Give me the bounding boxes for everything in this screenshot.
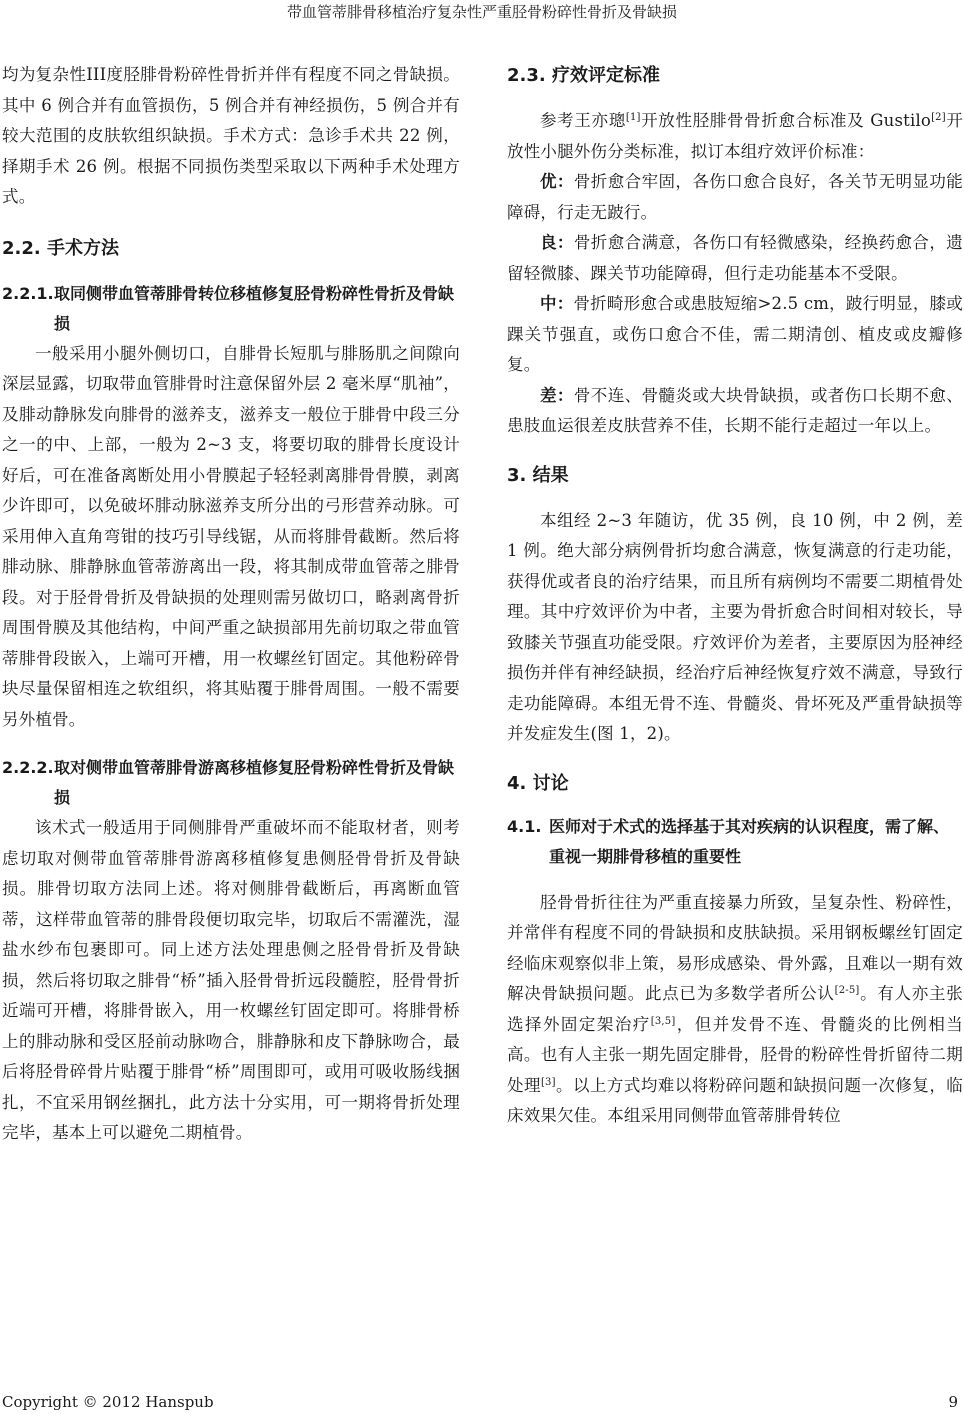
section-heading-4: 4. 讨论 (507, 772, 963, 796)
citation[interactable]: [3] (541, 1077, 556, 1088)
criterion-poor: 差：骨不连、骨髓炎或大块骨缺损，或者伤口长期不愈、患肢血运很差皮肤营养不佳，长期… (507, 381, 963, 442)
section-number: 2.2. (2, 238, 41, 259)
section-number: 4. (507, 773, 526, 794)
section-number: 2.2.2. (2, 753, 54, 813)
criterion-text: 骨折畸形愈合或患肢短缩>2.5 cm，跛行明显，膝或踝关节强直，或伤口愈合不佳，… (507, 294, 963, 374)
section-title: 讨论 (533, 773, 569, 794)
right-column: 2.3. 疗效评定标准 参考王亦璁[1]开放性胫腓骨骨折愈合标准及 Gustil… (507, 60, 963, 1132)
section-number: 2.2.1. (2, 279, 54, 339)
paragraph-2-3-intro: 参考王亦璁[1]开放性胫腓骨骨折愈合标准及 Gustilo[2]开放性小腿外伤分… (507, 106, 963, 167)
criterion-label: 差： (540, 386, 574, 405)
paragraph-2-2-2: 该术式一般适用于同侧腓骨严重破坏而不能取材者，则考虑切取对侧带血管蒂腓骨游离移植… (2, 813, 460, 1149)
paragraph-2-2-1: 一般采用小腿外侧切口，自腓骨长短肌与腓肠肌之间隙向深层显露，切取带血管腓骨时注意… (2, 339, 460, 736)
section-heading-2-2-2: 2.2.2. 取对侧带血管蒂腓骨游离移植修复胫骨粉碎性骨折及骨缺损 (2, 753, 460, 813)
section-title: 医师对于术式的选择基于其对疾病的认识程度，需了解、重视一期腓骨移植的重要性 (549, 812, 963, 872)
section-title: 结果 (533, 465, 569, 486)
criterion-label: 优： (540, 172, 574, 191)
criterion-excellent: 优：骨折愈合牢固，各伤口愈合良好，各关节无明显功能障碍，行走无跛行。 (507, 167, 963, 228)
criterion-text: 骨不连、骨髓炎或大块骨缺损，或者伤口长期不愈、患肢血运很差皮肤营养不佳，长期不能… (507, 386, 963, 436)
section-heading-2-2-1: 2.2.1. 取同侧带血管蒂腓骨转位移植修复胫骨粉碎性骨折及骨缺损 (2, 279, 460, 339)
citation[interactable]: [2-5] (835, 985, 860, 996)
section-title: 取同侧带血管蒂腓骨转位移植修复胫骨粉碎性骨折及骨缺损 (54, 279, 460, 339)
criterion-text: 骨折愈合满意，各伤口有轻微感染，经换药愈合，遗留轻微膝、踝关节功能障碍，但行走功… (507, 233, 963, 283)
section-title: 手术方法 (47, 238, 119, 259)
criterion-label: 中： (540, 294, 573, 313)
citation[interactable]: [3,5] (651, 1016, 676, 1027)
section-heading-2-2: 2.2. 手术方法 (2, 237, 460, 261)
text: 开放性胫腓骨骨折愈合标准及 Gustilo (641, 111, 931, 130)
section-heading-3: 3. 结果 (507, 464, 963, 488)
page-number: 9 (948, 1392, 958, 1412)
criterion-label: 良： (540, 233, 574, 252)
intro-paragraph: 均为复杂性III度胫腓骨粉碎性骨折并伴有程度不同之骨缺损。其中 6 例合并有血管… (2, 60, 460, 213)
section-title: 疗效评定标准 (552, 65, 660, 86)
citation[interactable]: [2] (931, 112, 946, 123)
criterion-text: 骨折愈合牢固，各伤口愈合良好，各关节无明显功能障碍，行走无跛行。 (507, 172, 963, 222)
text: 参考王亦璁 (540, 111, 626, 130)
text: 。以上方式均难以将粉碎问题和缺损问题一次修复，临床效果欠佳。本组采用同侧带血管蒂… (507, 1076, 963, 1126)
left-column: 均为复杂性III度胫腓骨粉碎性骨折并伴有程度不同之骨缺损。其中 6 例合并有血管… (2, 60, 460, 1149)
criterion-good: 良：骨折愈合满意，各伤口有轻微感染，经换药愈合，遗留轻微膝、踝关节功能障碍，但行… (507, 228, 963, 289)
section-number: 4.1. (507, 812, 549, 872)
section-number: 2.3. (507, 65, 546, 86)
copyright-footer: Copyright © 2012 Hanspub (2, 1392, 214, 1412)
paragraph-4-1: 胫骨骨折往往为严重直接暴力所致，呈复杂性、粉碎性，并常伴有程度不同的骨缺损和皮肤… (507, 888, 963, 1132)
section-heading-4-1: 4.1. 医师对于术式的选择基于其对疾病的认识程度，需了解、重视一期腓骨移植的重… (507, 812, 963, 872)
paragraph-3: 本组经 2~3 年随访，优 35 例，良 10 例，中 2 例，差 1 例。绝大… (507, 506, 963, 750)
section-number: 3. (507, 465, 526, 486)
citation[interactable]: [1] (626, 112, 641, 123)
running-header: 带血管蒂腓骨移植治疗复杂性严重胫骨粉碎性骨折及骨缺损 (0, 2, 964, 22)
criterion-fair: 中：骨折畸形愈合或患肢短缩>2.5 cm，跛行明显，膝或踝关节强直，或伤口愈合不… (507, 289, 963, 381)
section-heading-2-3: 2.3. 疗效评定标准 (507, 64, 963, 88)
section-title: 取对侧带血管蒂腓骨游离移植修复胫骨粉碎性骨折及骨缺损 (54, 753, 460, 813)
